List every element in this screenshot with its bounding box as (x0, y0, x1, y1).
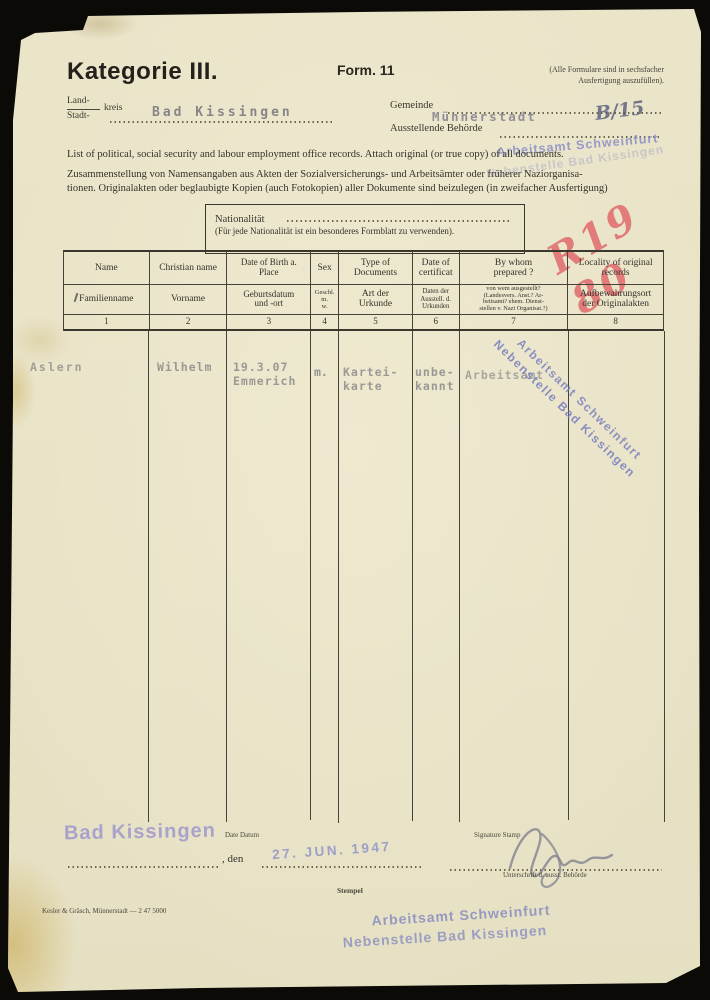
column-rule (148, 331, 149, 822)
row-christian-name: Wilhelm (157, 360, 212, 374)
nationality-box: Nationalität (Für jede Nationalität ist … (205, 204, 525, 254)
table-col-prepared-by: By whom prepared ? von wem ausgestellt? … (459, 252, 568, 329)
column-rule (226, 331, 227, 822)
scanned-document: Kategorie III. Form. 11 (Alle Formulare … (0, 0, 710, 1000)
col-number: 4 (311, 315, 338, 329)
table-col-birth: Date of Birth a. Place Geburtsdatum und … (226, 252, 310, 329)
col-de-label: Familienname (64, 285, 149, 316)
row-birth: 19.3.07 Emmerich (233, 360, 296, 388)
gemeinde-label: Gemeinde (390, 100, 433, 111)
table-header: Name Familienname 1 Christian name Vorna… (63, 250, 664, 331)
form-number: Form. 11 (337, 62, 395, 78)
table-col-doc-type: Type of Documents Art der Urkunde 5 (338, 252, 412, 329)
copies-note: (Alle Formulare sind in sechsfacher Ausf… (494, 65, 664, 87)
stempel-label: Stempel (337, 886, 363, 895)
place-stamp: Bad Kissingen (64, 820, 216, 846)
nationality-note: (Für jede Nationalität ist ein besondere… (215, 226, 515, 236)
col-number: 2 (150, 315, 227, 329)
intro-german: Zusammenstellung von Namensangaben aus A… (67, 168, 665, 196)
nationality-dotted-line (287, 220, 511, 222)
date-dotted-line (262, 866, 424, 868)
col-number: 8 (568, 315, 663, 329)
column-rule (459, 331, 460, 822)
intro-english: List of political, social security and l… (67, 149, 642, 160)
col-de-label: von wem ausgestellt? (Landesvers. Anst.?… (460, 285, 568, 316)
table-col-christian-name: Christian name Vorname 2 (149, 252, 227, 329)
fraction-rule (67, 109, 100, 110)
column-rule (310, 331, 311, 820)
kreis-label: kreis (104, 103, 122, 113)
kreis-dotted-line (110, 121, 332, 123)
row-sex: m. (314, 365, 328, 379)
col-en-label: Locality of original records (568, 252, 663, 285)
col-number: 7 (460, 315, 568, 329)
col-en-label: Name (64, 252, 149, 285)
col-number: 6 (413, 315, 459, 329)
col-de-label: Geschl. m. w. (311, 285, 338, 316)
table-col-sex: Sex Geschl. m. w. 4 (310, 252, 338, 329)
handwritten-signature (502, 818, 642, 890)
den-label: , den (222, 853, 243, 865)
unterschrift-label: Unterschrift d. ausst. Behörde (503, 871, 587, 879)
kreis-value: Bad Kissingen (152, 105, 293, 120)
column-rule (412, 331, 413, 821)
table-col-cert-date: Date of certificat Daten der Ausstell. d… (412, 252, 459, 329)
column-rule (664, 331, 665, 822)
col-number: 3 (227, 315, 310, 329)
column-rule (338, 331, 339, 823)
col-de-label: Art der Urkunde (339, 285, 412, 316)
row-doc-type: Kartei- karte (343, 365, 398, 393)
col-en-label: Date of certificat (413, 252, 459, 285)
col-number: 1 (64, 315, 149, 329)
col-en-label: Christian name (150, 252, 227, 285)
col-en-label: Date of Birth a. Place (227, 252, 310, 285)
row-cert-date: unbe- kannt (415, 365, 455, 393)
page-title: Kategorie III. (67, 58, 218, 86)
table-col-locality: Locality of original records Aufbewahrun… (567, 252, 663, 329)
place-dotted-line (68, 866, 218, 868)
col-de-label: Daten der Ausstell. d. Urkunden (413, 285, 459, 316)
stadt-label: Stadt- (67, 111, 90, 121)
col-en-label: Type of Documents (339, 252, 412, 285)
land-label: Land- (67, 96, 90, 106)
col-en-label: By whom prepared ? (460, 252, 568, 285)
behoerde-label: Ausstellende Behörde (390, 123, 482, 134)
col-en-label: Sex (311, 252, 338, 285)
col-de-label: Aufbewahrungsort der Originalakten (568, 285, 663, 316)
nationality-label: Nationalität (215, 214, 265, 225)
table-col-name: Name Familienname 1 (64, 252, 149, 329)
printer-note: Kesler & Gräsch, Münnerstadt — 2 47 5000 (42, 907, 166, 915)
row-name: Aslern (30, 360, 84, 374)
col-de-label: Vorname (150, 285, 227, 316)
gemeinde-value: Münnerstadt (432, 109, 537, 124)
col-number: 5 (339, 315, 412, 329)
col-de-label: Geburtsdatum und -ort (227, 285, 310, 316)
date-datum-label: Date Datum (225, 831, 259, 839)
